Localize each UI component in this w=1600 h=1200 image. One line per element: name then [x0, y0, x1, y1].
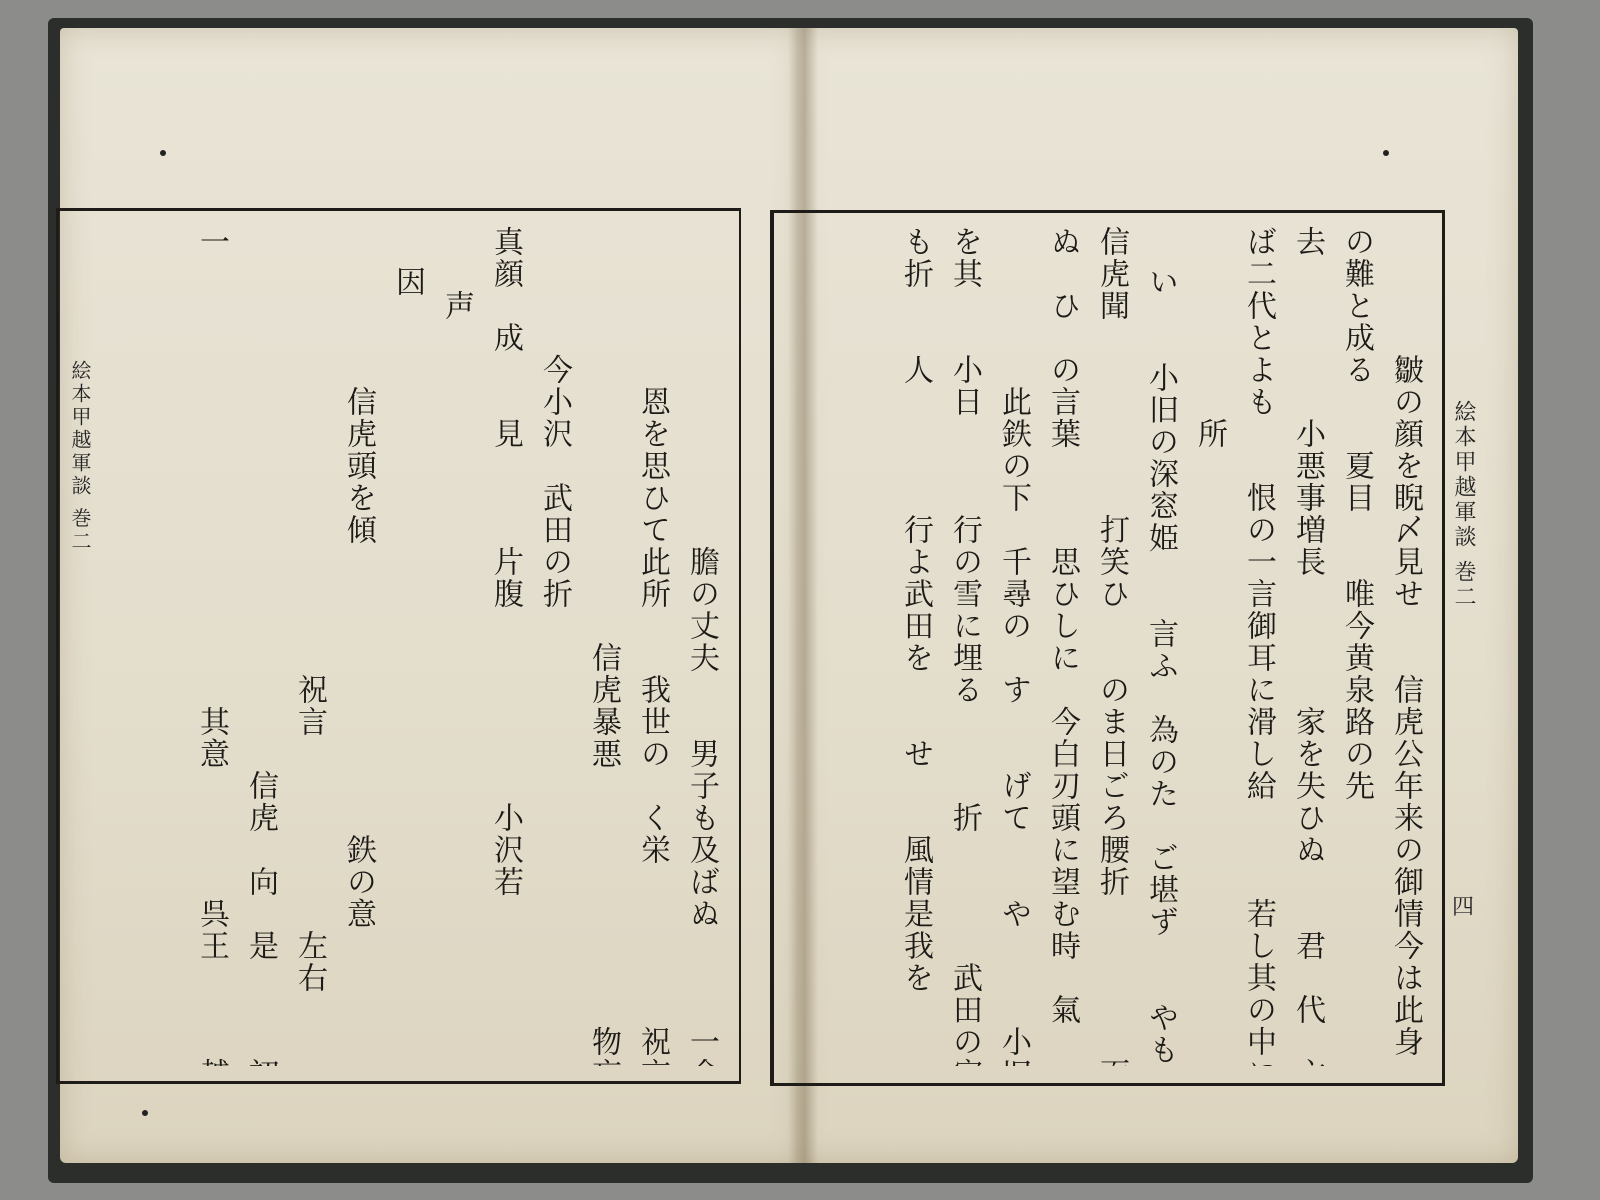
- text-column: 𛂦𛂜ぞよこ𛂦所: [1185, 226, 1234, 1066]
- right-page-text: 𛂦𛀢𛂞く皺の顔を睨〆見せ𛂦𛂜信虎公年来の御情今は此身 の難と成る𛂦𛀢夏目𛂧𛂦唯今…: [790, 226, 1430, 1066]
- text-column: ぬ𛂦ひ𛂦の言葉𛂦𛂜く思ひしに𛂦今白刃頭に望む時𛂦氣𛂦も濃き: [1038, 226, 1087, 1066]
- text-column: 𛂦𛀢𛂞く皺の顔を睨〆見せ𛂦𛂜信虎公年来の御情今は此身: [1381, 226, 1430, 1066]
- text-column: 𛂦𛂦𛂦𛂦𛂦恩を思ひて此所𛂦𛂦我世の𛂦く栄𛂦𛂦𛂦𛂦𛂦祝言小𛂦: [628, 226, 677, 1066]
- text-column: も折𛂦𛂦人𛂦の𛂦𛂦行よ武田を𛂦𛂦せ𛂦𛂦風情是我を𛂦𛂦𛂦𛂦𛂦𛂦: [891, 226, 940, 1066]
- text-column: 𛂦𛂦𛂦𛂦𛂦信虎頭を傾𛂦𛂦𛂦𛂦𛂦𛂦𛂦𛂦𛂦鉄の意𛂦𛂦𛂦𛂦𛂦𛂦𛂦: [334, 226, 383, 1066]
- binding-hole: [160, 150, 166, 156]
- text-column: 𛂦𛂦声𛂦𛂦𛂦𛂦: [432, 226, 481, 1066]
- page-number: 四: [1452, 890, 1474, 921]
- text-column: 真顔𛂦成𛂦𛂦見𛂦𛂦𛂦片腹𛂦𛂦𛂦𛂦𛂦𛂦小沢若𛂦𛂦𛂦𛂦𛂦𛂦: [481, 226, 530, 1066]
- text-column: の難と成る𛂦𛀢夏目𛂧𛂦唯今黄泉路の先𛂦𛂜してまつるぞ: [1332, 226, 1381, 1066]
- text-column: 信虎聞𛂦く𛂦𛂜くと打笑ひ𛂦𛂜のま日ごろ腰折𛂦𛂜𛂦にて面白から: [1087, 226, 1136, 1066]
- text-column: 𛂦𛂦𛂦𛂦今小沢𛂦武田の折𛂦𛂦𛂦𛂦𛂦𛂦𛂦𛂦𛂦𛂦𛂦𛂦𛂦𛂦𛂦: [530, 226, 579, 1066]
- text-column: 𛂦𛂦𛂦𛂦𛂦𛂦𛂦𛂦も𛂦膽の丈夫𛂦𛂦男子も及ばぬ𛂦𛂦𛂦一命𛂦助け: [677, 226, 726, 1066]
- text-column: 去𛂦𛀢さまで小悪事増長𛂦𛂜く𛂦家を失ひぬ𛀢𛂦君𛂦代𛂦亡ぶ: [1283, 226, 1332, 1066]
- left-page-text: 𛂦𛂦𛂦𛂦𛂦𛂦𛂦𛂦も𛂦膽の丈夫𛂦𛂦男子も及ばぬ𛂦𛂦𛂦一命𛂦助け 𛂦𛂦𛂦𛂦𛂦恩を思ひ…: [86, 226, 726, 1066]
- text-column: 𛂦𛂦𛂦𛂦𛂦𛂦𛂦𛂦𛂦𛂦𛂦𛂦𛂦𛂦𛂦𛂦𛂦信虎𛂦向𛂦是𛂦𛂦𛂦初の𛂦𛂦𛂦: [236, 226, 285, 1066]
- text-column: い𛂦𛂜小旧の深窓姫𛂦𛂜言ふ𛂦為のた𛂦ご堪ず𛂦𛂜やも: [1136, 226, 1185, 1106]
- binding-hole: [142, 1110, 148, 1116]
- text-column: 𛂦𛂦𛂦𛂦𛂦𛂦𛂦𛂦𛂦𛂦𛂦𛂦𛂦信虎暴悪𛂦𛂦𛂦𛂦𛂦𛂦𛂦𛂦物忘ひ𛂦𛂦: [579, 226, 628, 1066]
- text-column: ば二代とよも𛀢𛂦恨の一言御耳に滑し給𛂦へと若し其の中に: [1234, 226, 1283, 1066]
- text-column: 𛂦𛂦𛂦𛂦𛂦𛂦𛂦𛂦𛂦𛂦𛂦𛂦𛂦𛂦祝言𛂦𛂦𛂦𛂦𛂦𛂦左右𛂦𛂦𛂦小沢𛂦𛂦: [285, 226, 334, 1066]
- text-column: 𛂦𛂦もの𛂦此鉄の下𛂦千尋の𛂦す𛂦𛂦げて𛂦𛂦や𛂦𛂦𛂦小旧の様𛂦れ: [989, 226, 1038, 1066]
- text-column: を其𛂦𛂦小日𛂦𛂦𛂦行の雪に埋る𛂦𛂦𛂦折𛂦𛂦𛂦く武田の家: [940, 226, 989, 1066]
- text-column: 因𛂦𛂦𛂦𛂦𛂦𛂦𛂦𛂦𛂦𛂦𛂦𛂦𛂦𛂦𛂦𛂦𛂦𛂦𛂦𛂦𛂦𛂦𛂦𛂦𛂦: [383, 226, 432, 1106]
- binding-hole: [1383, 150, 1389, 156]
- right-margin-title: 絵本甲越軍談 巻二: [1448, 400, 1479, 610]
- text-column: 一𛂦𛂦𛂦𛂦𛂦𛂦𛂦𛂦𛂦𛂦𛂦𛂦𛂦𛂦其意𛂦𛂦𛂦𛂦呉王𛂦𛂦𛂦越王𛂦𛂦𛂦: [187, 226, 236, 1066]
